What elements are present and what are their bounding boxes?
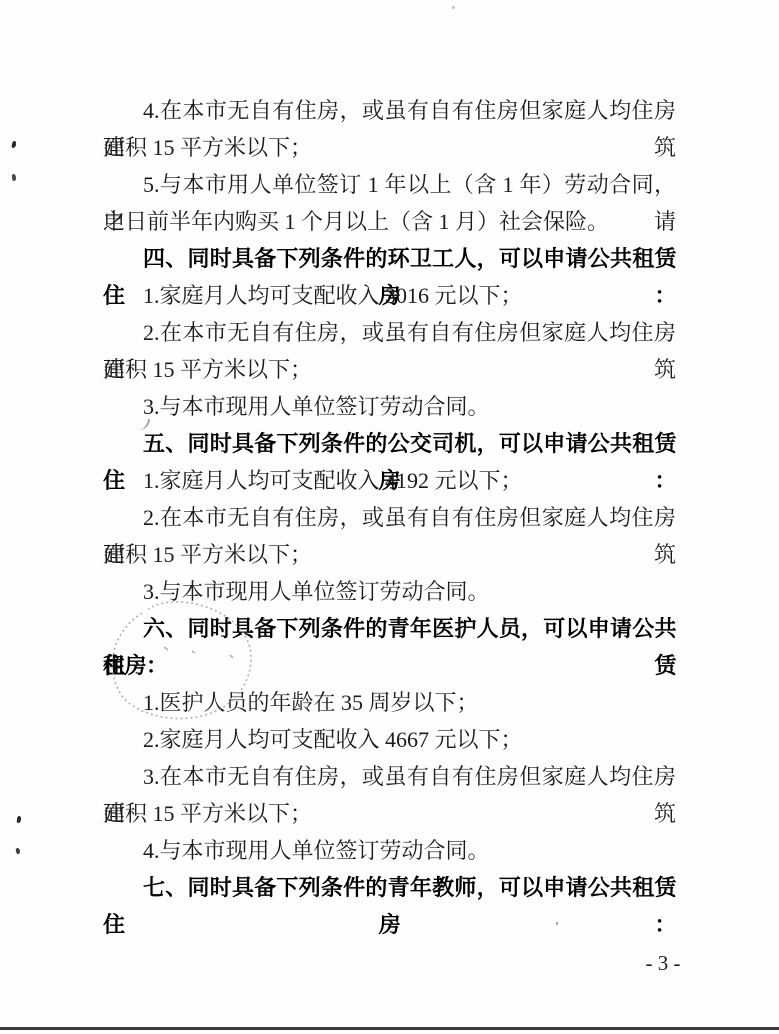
doc-line: 2.家庭月人均可支配收入 4667 元以下；: [103, 721, 676, 758]
doc-line: 5.与本市用人单位签订 1 年以上（含 1 年）劳动合同，申请: [103, 166, 676, 203]
ink-speck: [15, 848, 20, 855]
ink-speck: [17, 816, 22, 823]
scanned-document-page: 4.在本市无自有住房，或虽有自有住房但家庭人均住房建筑 面积 15 平方米以下；…: [0, 0, 779, 1034]
doc-line: 3.在本市无自有住房，或虽有自有住房但家庭人均住房建筑: [103, 758, 676, 795]
doc-line: 4.与本市现用人单位签订劳动合同。: [103, 832, 676, 869]
doc-line: 2.在本市无自有住房，或虽有自有住房但家庭人均住房建筑: [103, 499, 676, 536]
section-heading-4: 四、同时具备下列条件的环卫工人，可以申请公共租赁住房：: [103, 240, 676, 277]
doc-line: 3.与本市现用人单位签订劳动合同。: [103, 388, 676, 425]
doc-line: 之日前半年内购买 1 个月以上（含 1 月）社会保险。: [103, 203, 676, 240]
section-heading-5: 五、同时具备下列条件的公交司机，可以申请公共租赁住房：: [103, 425, 676, 462]
doc-line: 3.与本市现用人单位签订劳动合同。: [103, 573, 676, 610]
section-heading-6: 六、同时具备下列条件的青年医护人员，可以申请公共租赁: [103, 610, 676, 647]
doc-line: 4.在本市无自有住房，或虽有自有住房但家庭人均住房建筑: [103, 92, 676, 129]
ink-speck: [11, 174, 16, 182]
page-number: - 3 -: [618, 948, 708, 978]
ink-speck: [11, 141, 17, 149]
doc-line: 1.医护人员的年龄在 35 周岁以下；: [103, 684, 676, 721]
scan-edge-rule: [0, 1027, 779, 1030]
section-heading-7: 七、同时具备下列条件的青年教师，可以申请公共租赁住房：: [103, 869, 676, 906]
ink-speck: [556, 922, 558, 925]
doc-line: 2.在本市无自有住房，或虽有自有住房但家庭人均住房建筑: [103, 314, 676, 351]
document-body: 4.在本市无自有住房，或虽有自有住房但家庭人均住房建筑 面积 15 平方米以下；…: [103, 92, 676, 906]
ink-speck: [452, 6, 455, 9]
